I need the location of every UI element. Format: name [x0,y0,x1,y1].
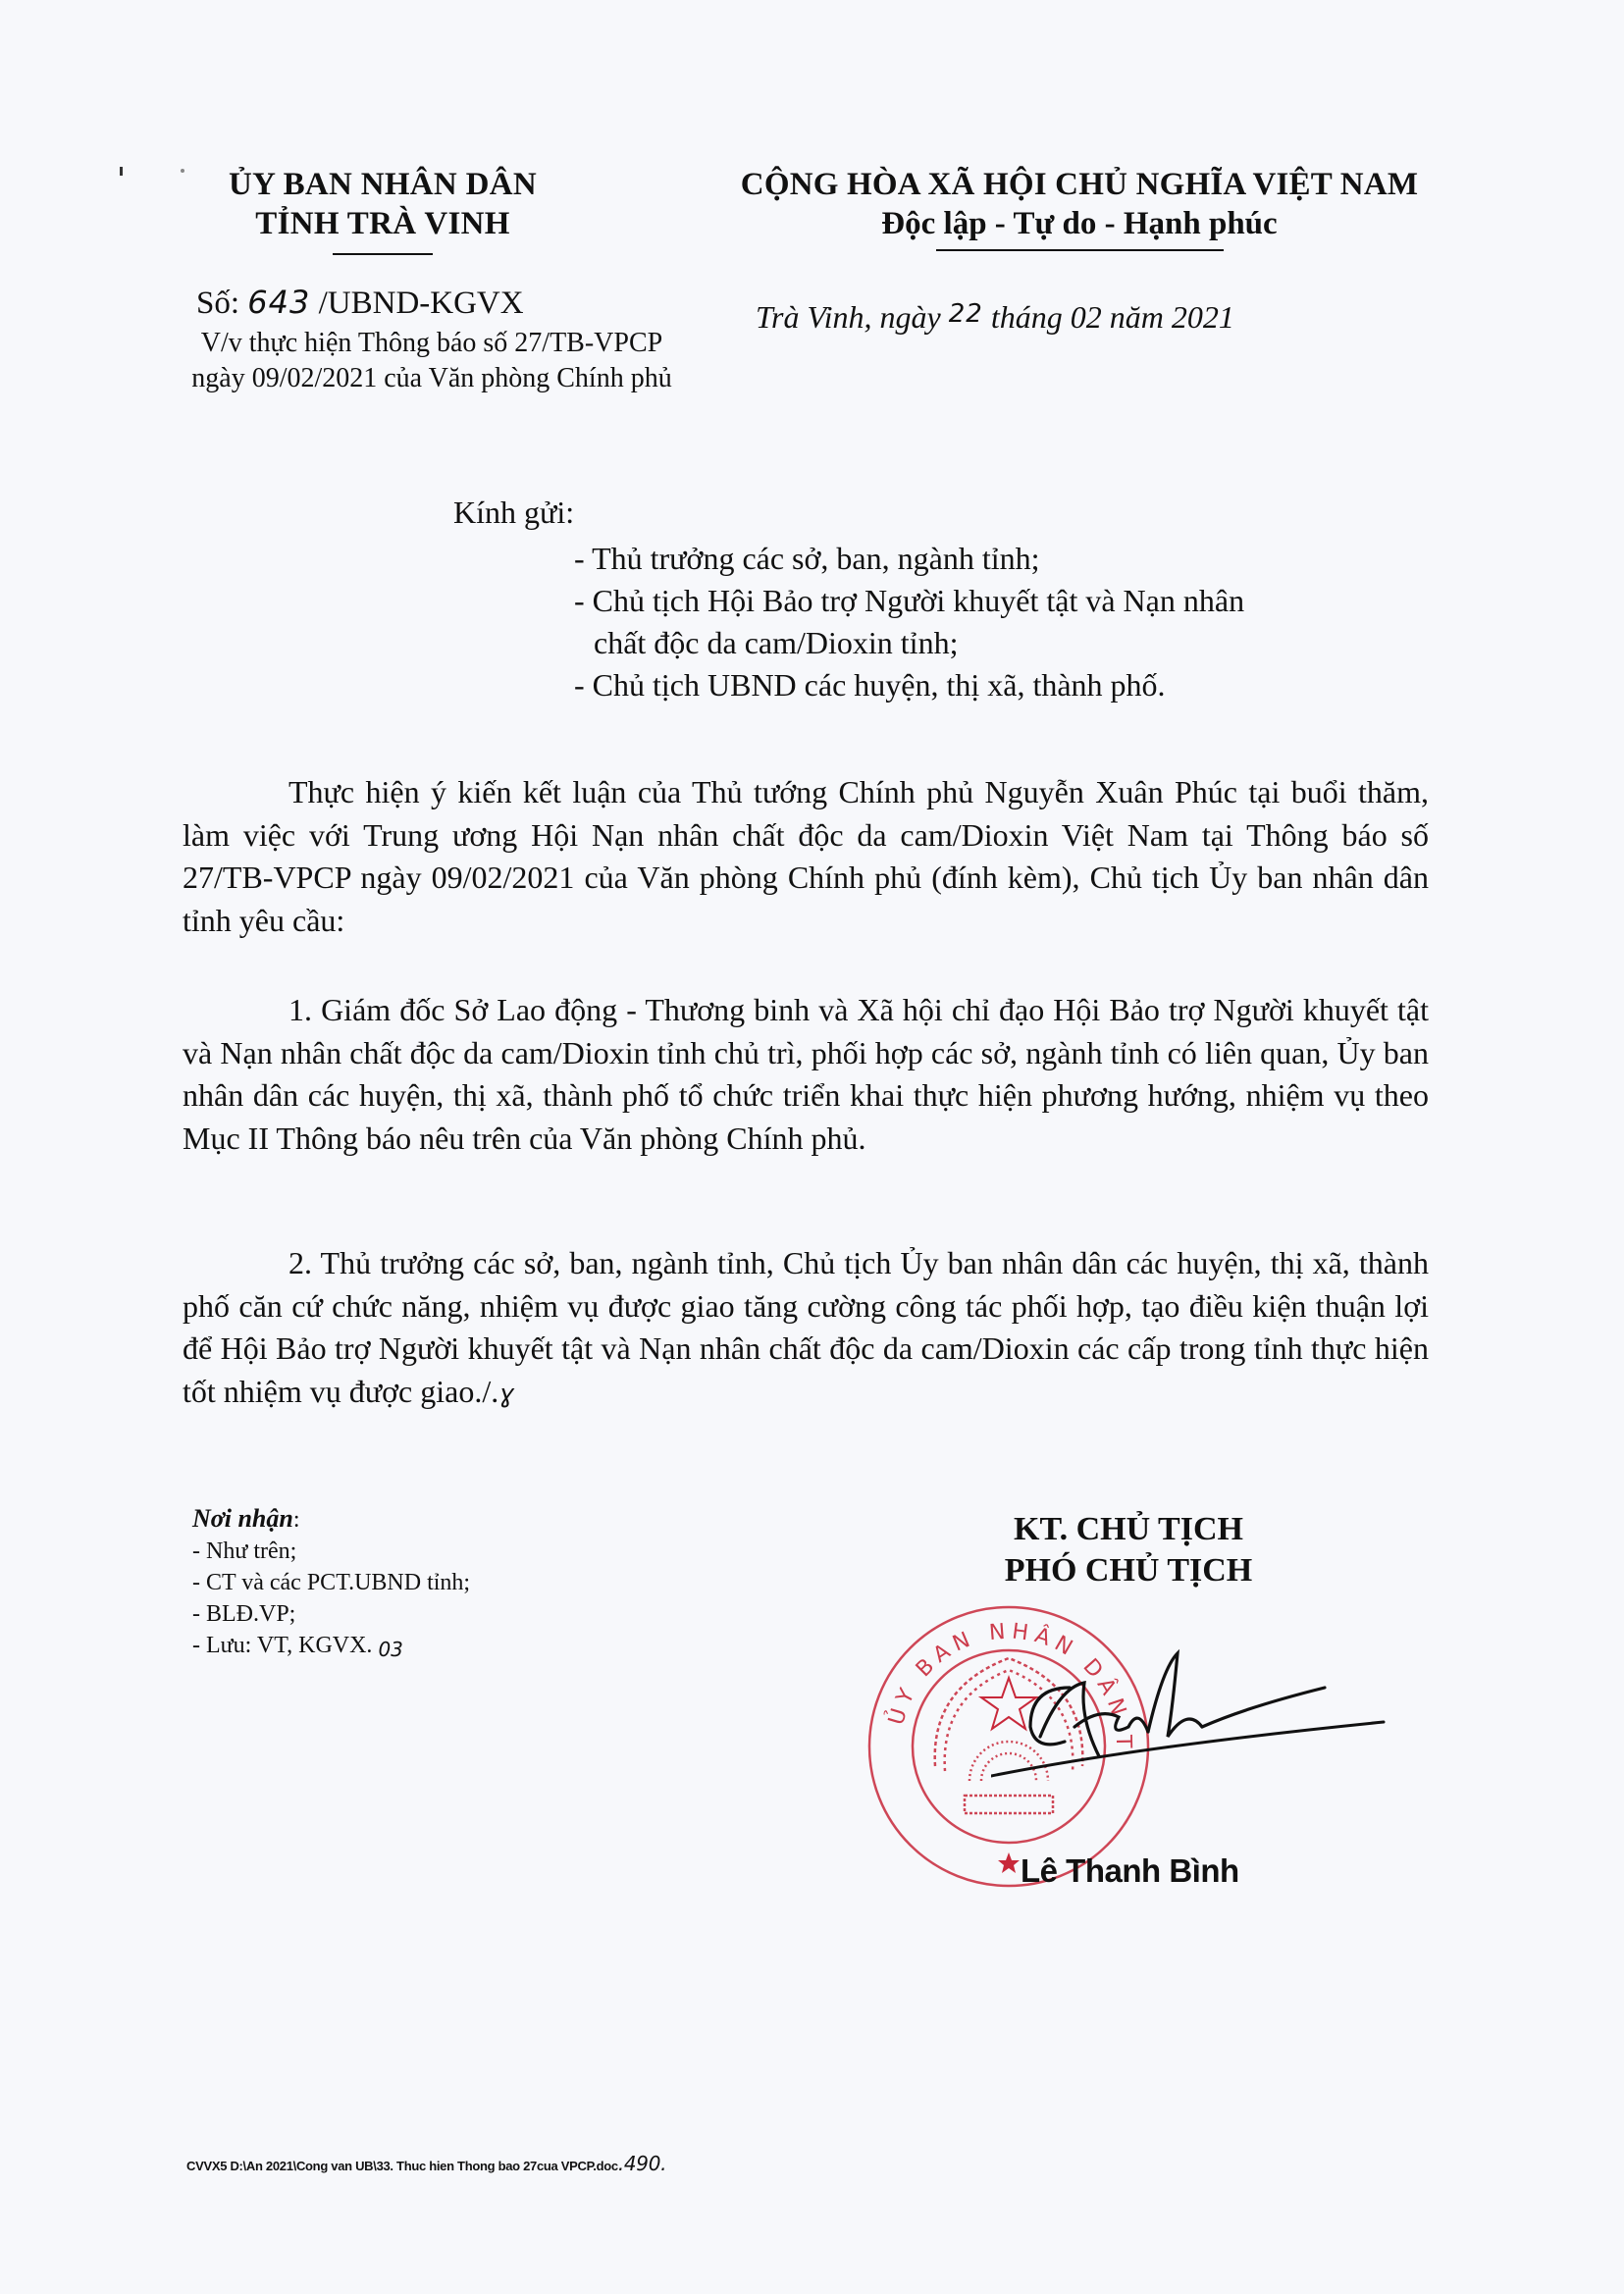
issuer-block: ỦY BAN NHÂN DÂN TỈNH TRÀ VINH [147,165,618,255]
addressee-label: Kính gửi: [453,493,574,532]
national-header: CỘNG HÒA XÃ HỘI CHỦ NGHĨA VIỆT NAM Độc l… [687,165,1472,251]
recipients-block: Nơi nhận: - Như trên; - CT và các PCT.UB… [192,1503,470,1665]
recipient-item: - CT và các PCT.UBND tỉnh; [192,1567,470,1598]
nation-name: CỘNG HÒA XÃ HỘI CHỦ NGHĨA VIỆT NAM [687,165,1472,204]
recipient-item: - BLĐ.VP; [192,1598,470,1630]
intro-paragraph: Thực hiện ý kiến kết luận của Thủ tướng … [183,771,1429,942]
number-handwritten: 643 [247,284,310,321]
subject-line1: V/v thực hiện Thông báo số 27/TB-VPCP [147,326,716,361]
file-path: CVVX5 D:\An 2021\Cong van UB\33. Thuc hi… [186,2159,618,2173]
place-date: Trà Vinh, ngày 22 tháng 02 năm 2021 [756,294,1234,337]
date-suffix: tháng 02 năm 2021 [983,299,1234,335]
issuer-name-line1: ỦY BAN NHÂN DÂN [147,165,618,204]
addressee-item: - Chủ tịch UBND các huyện, thị xã, thành… [574,664,1457,706]
recipients-colon: : [293,1507,300,1533]
subject-block: V/v thực hiện Thông báo số 27/TB-VPCP ng… [147,326,716,396]
body-intro: Thực hiện ý kiến kết luận của Thủ tướng … [183,771,1429,942]
handwritten-initial: ɣ [498,1380,514,1409]
handwritten-signature-icon [991,1629,1442,1835]
addressee-list: - Thủ trưởng các sở, ban, ngành tỉnh; - … [574,538,1457,706]
file-path-footer: CVVX5 D:\An 2021\Cong van UB\33. Thuc hi… [186,2152,666,2175]
national-motto: Độc lập - Tự do - Hạnh phúc [881,204,1277,243]
subject-line2: ngày 09/02/2021 của Văn phòng Chính phủ [147,361,716,396]
document-number: Số: 643 /UBND-KGVX [196,283,524,323]
document-page: ỦY BAN NHÂN DÂN TỈNH TRÀ VINH Số: 643 /U… [0,0,1624,2294]
item1-paragraph: 1. Giám đốc Sở Lao động - Thương binh và… [183,989,1429,1160]
recipient-item: - Lưu: VT, KGVX. [192,1633,378,1658]
body-item-2: 2. Thủ trưởng các sở, ban, ngành tỉnh, C… [183,1242,1429,1416]
date-prefix: Trà Vinh, ngày [756,299,949,335]
motto-underline [936,249,1224,251]
copies-handwritten: 03 [378,1638,402,1661]
item2-paragraph: 2. Thủ trưởng các sở, ban, ngành tỉnh, C… [183,1245,1429,1409]
addressee-item: - Chủ tịch Hội Bảo trợ Người khuyết tật … [574,580,1457,622]
issuer-underline [333,253,433,255]
footer-handwritten: .490. [618,2152,666,2175]
issuer-name-line2: TỈNH TRÀ VINH [147,204,618,243]
date-day-handwritten: 22 [949,299,983,329]
signer-name: Lê Thanh Bình [1021,1852,1239,1890]
recipients-label: Nơi nhận [192,1504,293,1533]
signature-title-line2: PHÓ CHỦ TỊCH [942,1550,1315,1591]
recipient-item: - Như trên; [192,1536,470,1567]
signature-title-line1: KT. CHỦ TỊCH [942,1509,1315,1550]
number-suffix: /UBND-KGVX [310,286,523,321]
body-item-1: 1. Giám đốc Sở Lao động - Thương binh và… [183,989,1429,1160]
addressee-item: - Thủ trưởng các sở, ban, ngành tỉnh; [574,538,1457,580]
signature-title: KT. CHỦ TỊCH PHÓ CHỦ TỊCH [942,1509,1315,1591]
addressee-item: chất độc da cam/Dioxin tỉnh; [574,622,1457,664]
number-prefix: Số: [196,286,247,321]
